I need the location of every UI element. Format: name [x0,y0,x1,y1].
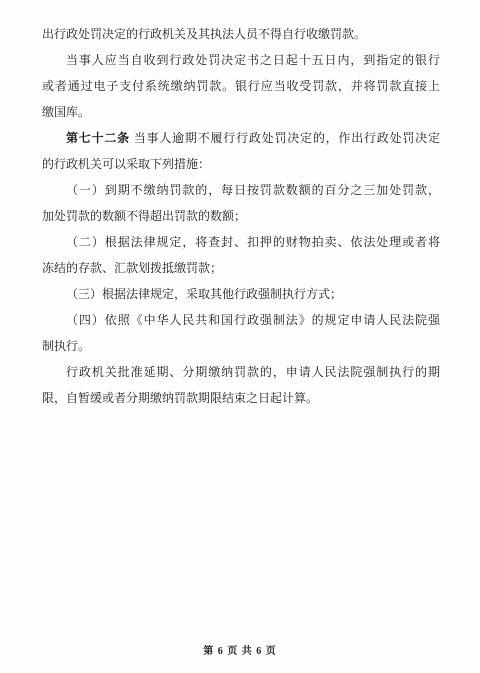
text-line: （四）依照《中华人民共和国行政强制法》的规定申请人民法院强 [42,307,440,333]
text-line: 限，自暂缓或者分期缴纳罚款期限结束之日起计算。 [42,385,440,411]
text-segment: 限，自暂缓或者分期缴纳罚款期限结束之日起计算。 [42,391,318,405]
text-segment: 加处罚款的数额不得超出罚款的数额； [42,209,246,223]
text-line: 制执行。 [42,333,440,359]
text-line: （一）到期不缴纳罚款的，每日按罚款数额的百分之三加处罚款， [42,177,440,203]
text-line: （三）根据法律规定，采取其他行政强制执行方式； [42,281,440,307]
text-segment: （三）根据法律规定，采取其他行政强制执行方式； [66,287,342,301]
text-segment: 当事人应当自收到行政处罚决定书之日起十五日内，到指定的银行 [66,53,440,67]
text-line: （二）根据法律规定，将查封、扣押的财物拍卖、依法处理或者将 [42,229,440,255]
text-line: 冻结的存款、汇款划拨抵缴罚款； [42,255,440,281]
text-segment: （二）根据法律规定，将查封、扣押的财物拍卖、依法处理或者将 [66,235,440,249]
text-segment: 冻结的存款、汇款划拨抵缴罚款； [42,261,222,275]
text-segment: （四）依照《中华人民共和国行政强制法》的规定申请人民法院强 [66,313,440,327]
page-footer: 第 6 页 共 6 页 [0,642,480,657]
text-line: 行政机关批准延期、分期缴纳罚款的，申请人民法院强制执行的期 [42,359,440,385]
text-line: 加处罚款的数额不得超出罚款的数额； [42,203,440,229]
text-segment: （一）到期不缴纳罚款的，每日按罚款数额的百分之三加处罚款， [66,183,440,197]
page-number-indicator: 第 6 页 共 6 页 [203,646,277,657]
text-segment: 制执行。 [42,339,90,353]
text-segment: 的行政机关可以采取下列措施： [42,157,210,171]
text-line: 当事人应当自收到行政处罚决定书之日起十五日内，到指定的银行 [42,47,440,73]
text-line: 或者通过电子支付系统缴纳罚款。银行应当收受罚款，并将罚款直接上 [42,73,440,99]
text-segment: 行政机关批准延期、分期缴纳罚款的，申请人民法院强制执行的期 [66,365,440,379]
text-segment: 当事人逾期不履行行政处罚决定的，作出行政处罚决定 [130,131,440,145]
text-line: 出行政处罚决定的行政机关及其执法人员不得自行收缴罚款。 [42,21,440,47]
document-page: 出行政处罚决定的行政机关及其执法人员不得自行收缴罚款。当事人应当自收到行政处罚决… [0,0,480,673]
text-segment: 或者通过电子支付系统缴纳罚款。银行应当收受罚款，并将罚款直接上 [42,79,440,93]
text-segment: 缴国库。 [42,105,90,119]
article-number-heading: 第七十二条 [66,131,130,145]
document-body: 出行政处罚决定的行政机关及其执法人员不得自行收缴罚款。当事人应当自收到行政处罚决… [42,21,440,411]
text-line: 的行政机关可以采取下列措施： [42,151,440,177]
text-line: 缴国库。 [42,99,440,125]
text-segment: 出行政处罚决定的行政机关及其执法人员不得自行收缴罚款。 [42,27,366,41]
text-line: 第七十二条 当事人逾期不履行行政处罚决定的，作出行政处罚决定 [42,125,440,151]
